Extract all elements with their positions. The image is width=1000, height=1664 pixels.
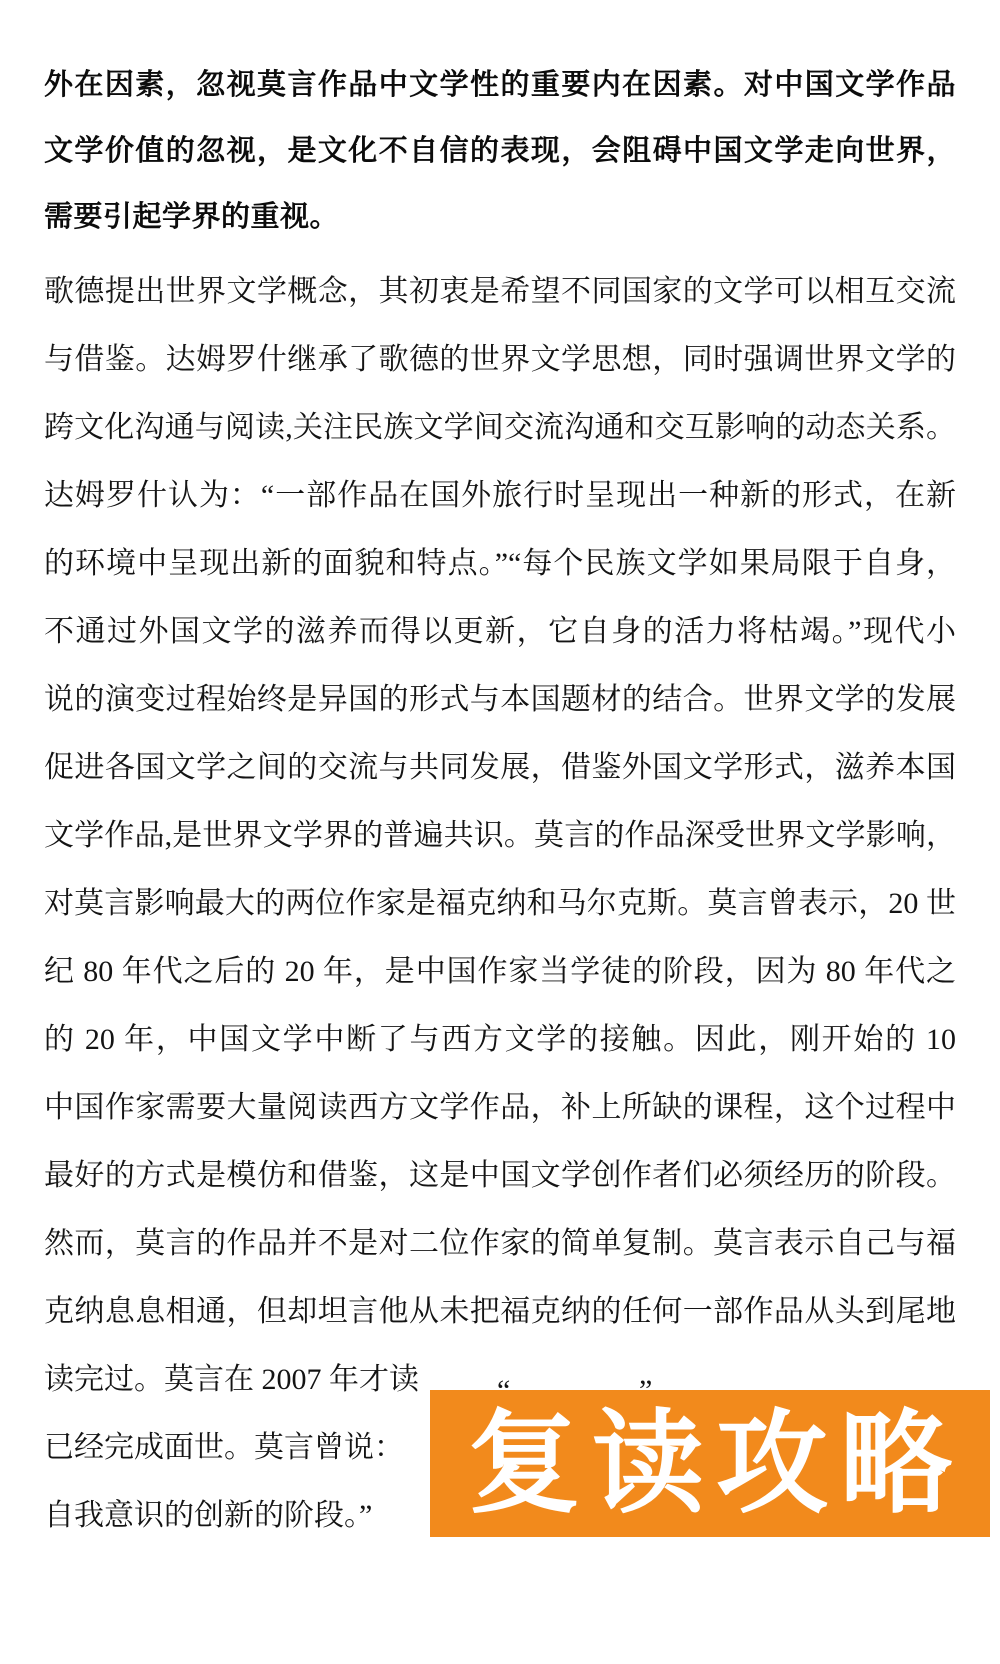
text-line: 外在因素，忽视莫言作品中文学性的重要内在因素。对中国文学作品 — [44, 52, 956, 118]
text-line: 文学价值的忽视，是文化不自信的表现，会阻碍中国文学走向世界， — [44, 118, 956, 184]
intro-paragraph: 外在因素，忽视莫言作品中文学性的重要内在因素。对中国文学作品 文学价值的忽视，是… — [44, 52, 956, 250]
text-line: 对莫言影响最大的两位作家是福克纳和马尔克斯。莫言曾表示，20 世 — [44, 870, 956, 938]
text-line: 克纳息息相通，但却坦言他从未把福克纳的任何一部作品从头到尾地 — [44, 1278, 956, 1346]
banner-label: 复读攻略 — [468, 1408, 964, 1520]
text-line: 说的演变过程始终是异国的形式与本国题材的结合。世界文学的发展 — [44, 666, 956, 734]
text-line: 达姆罗什认为：“一部作品在国外旅行时呈现出一种新的形式，在新 — [44, 462, 956, 530]
text-line: 歌德提出世界文学概念，其初衷是希望不同国家的文学可以相互交流 — [44, 258, 956, 326]
text-line: 促进各国文学之间的交流与共同发展，借鉴外国文学形式，滋养本国 — [44, 734, 956, 802]
body-paragraph: 歌德提出世界文学概念，其初衷是希望不同国家的文学可以相互交流 与借鉴。达姆罗什继… — [44, 258, 956, 1550]
text-line: 的 20 年，中国文学中断了与西方文学的接触。因此，刚开始的 10 年， — [44, 1006, 956, 1074]
text-line: 与借鉴。达姆罗什继承了歌德的世界文学思想，同时强调世界文学的 — [44, 326, 956, 394]
text-line: 纪 80 年代之后的 20 年，是中国作家当学徒的阶段，因为 80 年代之前 — [44, 938, 956, 1006]
text-line: 需要引起学界的重视。 — [44, 184, 956, 250]
covered-text-fragment: ” — [639, 1376, 679, 1390]
covered-text-fragment: “ — [497, 1376, 537, 1390]
text-line: 不通过外国文学的滋养而得以更新，它自身的活力将枯竭。”现代小 — [44, 598, 956, 666]
text-line: 文学作品,是世界文学界的普遍共识。莫言的作品深受世界文学影响， — [44, 802, 956, 870]
document-page: 外在因素，忽视莫言作品中文学性的重要内在因素。对中国文学作品 文学价值的忽视，是… — [0, 0, 1000, 1664]
text-line: 然而，莫言的作品并不是对二位作家的简单复制。莫言表示自己与福 — [44, 1210, 956, 1278]
text-line: 中国作家需要大量阅读西方文学作品，补上所缺的课程，这个过程中 — [44, 1074, 956, 1142]
text-line: 最好的方式是模仿和借鉴，这是中国文学创作者们必须经历的阶段。 — [44, 1142, 956, 1210]
text-line: 跨文化沟通与阅读,关注民族文学间交流沟通和交互影响的动态关系。 — [44, 394, 956, 462]
promo-banner: 复读攻略 — [430, 1390, 990, 1537]
text-line: 的环境中呈现出新的面貌和特点。”“每个民族文学如果局限于自身， — [44, 530, 956, 598]
